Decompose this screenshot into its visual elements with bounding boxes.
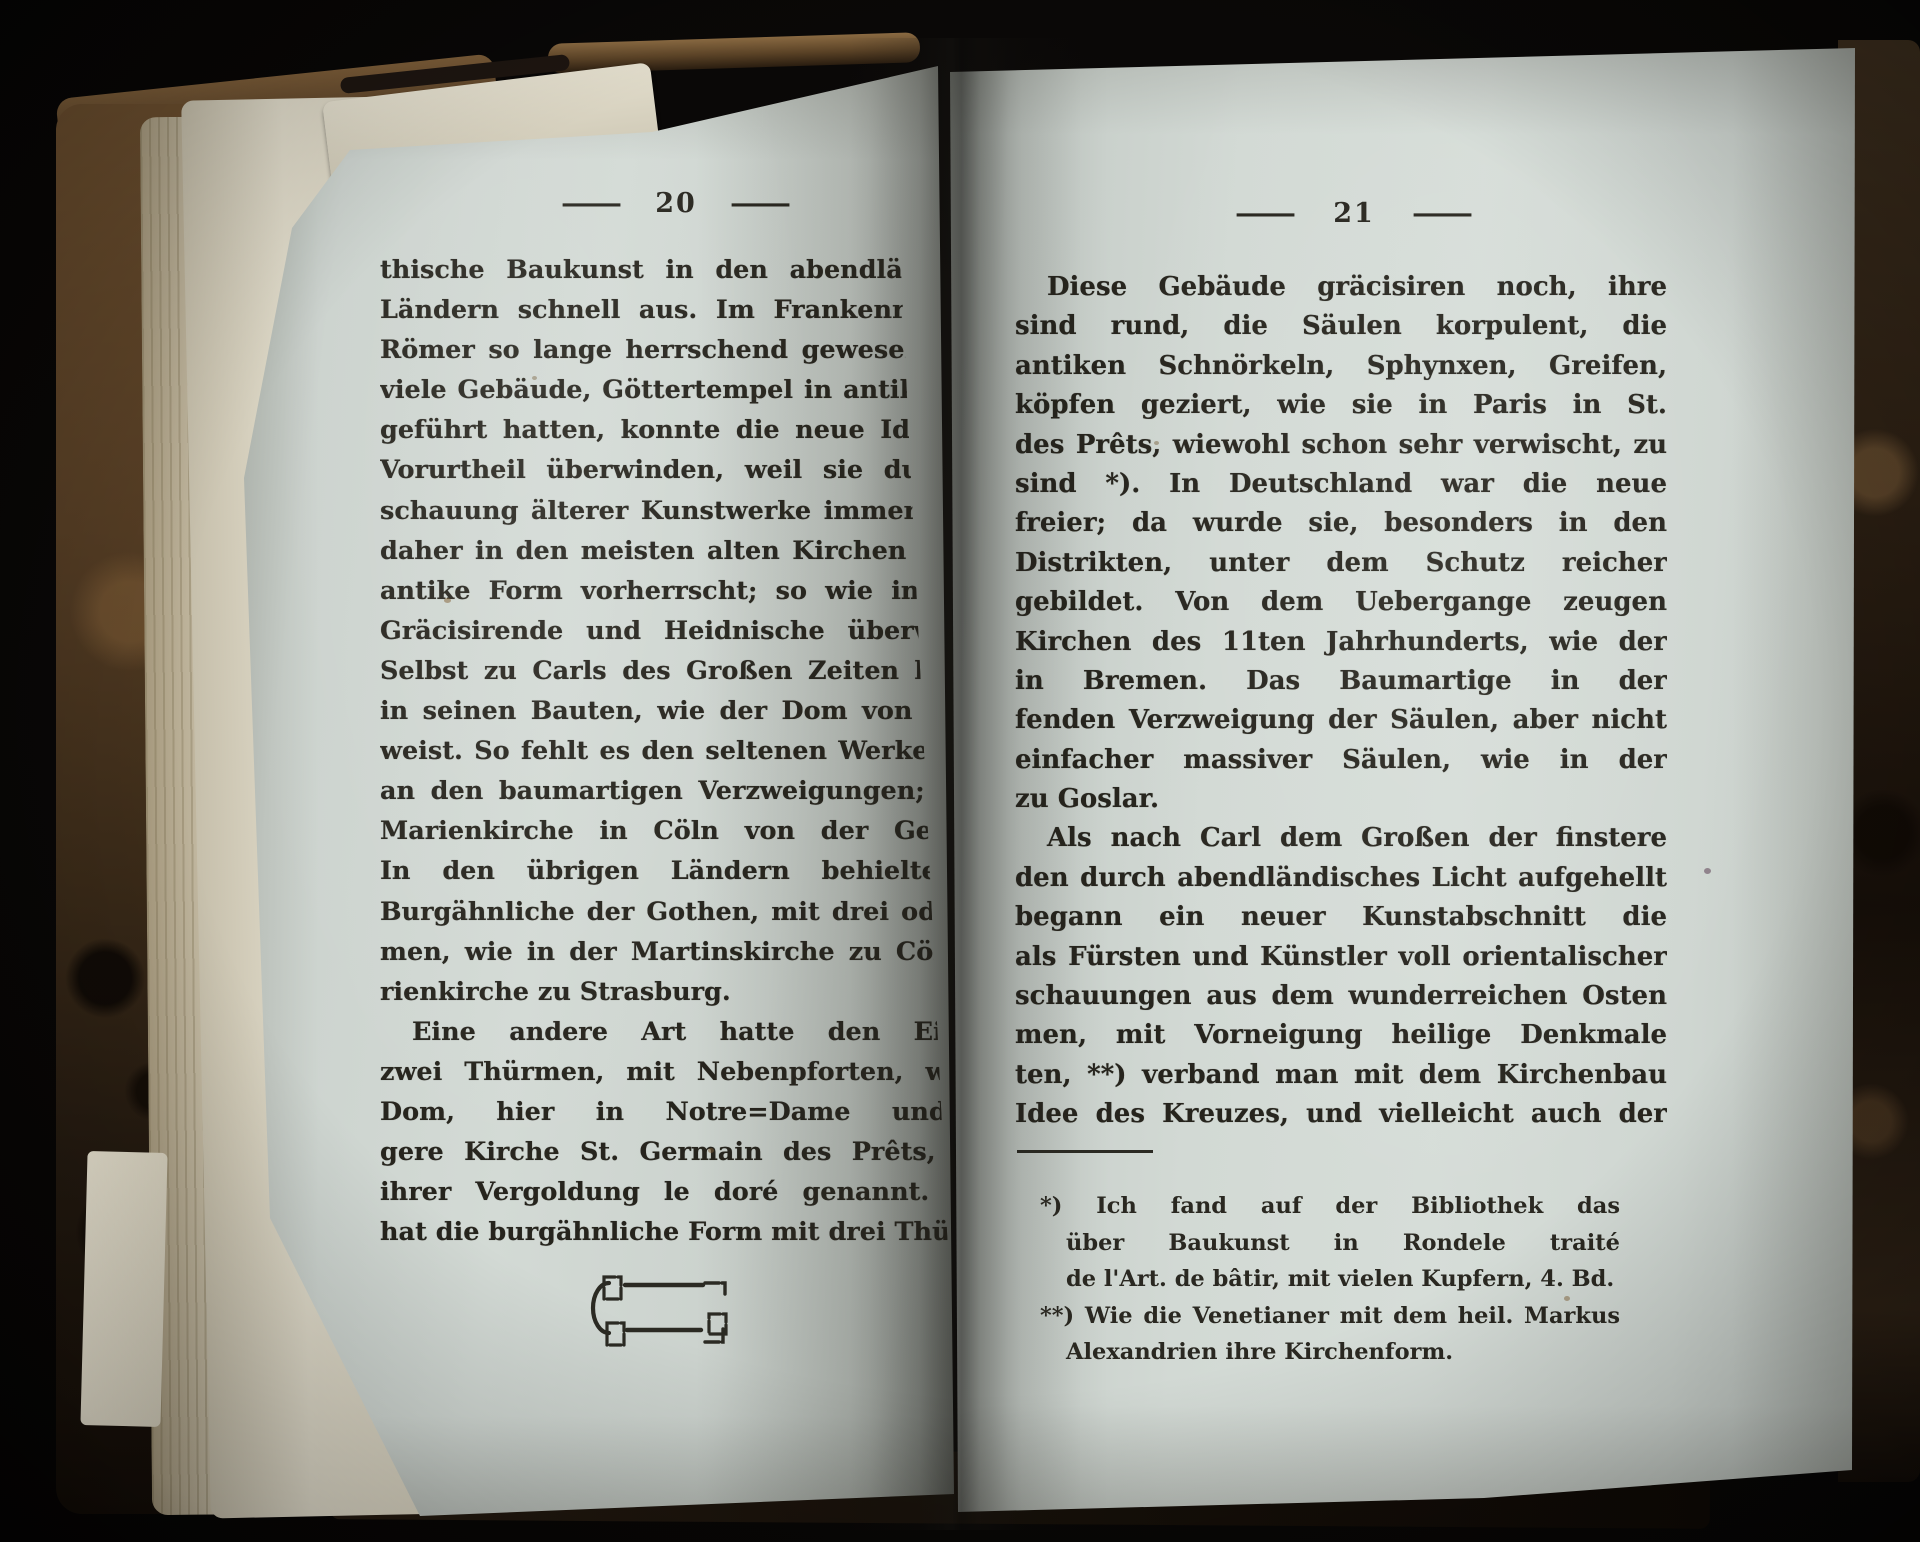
- text-line: sind *). In Deutschland war die neue Bau…: [1015, 465, 1667, 504]
- church-floorplan-diagram: [583, 1273, 738, 1353]
- footnote-line: Alexandrien ihre Kirchenform.: [1040, 1334, 1620, 1371]
- header-dash: —: [728, 190, 793, 217]
- text-line: zwei Thürmen, mit Nebenpforten, wie im C…: [380, 1052, 1032, 1092]
- text-line: geführt hatten, konnte die neue Idee nic…: [380, 410, 1032, 450]
- text-line: weist. So fehlt es den seltenen Werken j…: [380, 731, 1032, 771]
- text-line: Marienkirche in Cöln von der Gemahlin Pi…: [380, 811, 1032, 851]
- text-line: schauung älterer Kunstwerke immer gestör…: [380, 491, 1032, 531]
- right-page-text-block: Diese Gebäude gräcisiren noch, ihre Gewö…: [1015, 268, 1667, 1135]
- footnote-line: über Baukunst in Rondele traité theoreti…: [1040, 1225, 1620, 1262]
- text-line: an den baumartigen Verzweigungen; wie in…: [380, 771, 1032, 811]
- text-line: Römer so lange herrschend gewesen waren,…: [380, 330, 1032, 370]
- text-line: zu Goslar.: [1015, 780, 1667, 819]
- left-page-number: 20: [655, 188, 697, 219]
- text-line: Dom, hier in Notre=Dame und die merkwürd…: [380, 1092, 1032, 1132]
- text-line: antike Form vorherrscht; so wie in Itali…: [380, 571, 1032, 611]
- footnote-line: **) Wie die Venetianer mit dem heil. Mar…: [1040, 1298, 1620, 1335]
- text-line: einfacher massiver Säulen, wie in der Do…: [1015, 741, 1667, 780]
- right-page-header: — 21 —: [1252, 198, 1456, 229]
- text-line: Burgähnliche der Gothen, mit drei oder v…: [380, 892, 1032, 932]
- text-line: thische Baukunst in den abendländischen …: [380, 250, 1032, 290]
- text-line: hat die burgähnliche Form mit drei Thürm…: [380, 1212, 1032, 1252]
- text-line: Distrikten, unter dem Schutz reicher Bis…: [1015, 544, 1667, 583]
- book-photograph: — 20 — thische Baukunst in den abendländ…: [0, 0, 1920, 1542]
- text-line: Eine andere Art hatte den Eingang zwisch…: [380, 1012, 1032, 1052]
- text-line: men, mit Vorneigung heilige Denkmale fes…: [1015, 1016, 1667, 1055]
- text-line: freier; da wurde sie, besonders in den w…: [1015, 504, 1667, 543]
- text-line: viele Gebäude, Göttertempel in antiker F…: [380, 370, 1032, 410]
- text-line: den durch abendländisches Licht aufgehel…: [1015, 859, 1667, 898]
- text-line: Ländern schnell aus. Im Frankenreich, wo…: [380, 290, 1032, 330]
- text-line: schauungen aus dem wunderreichen Osten z…: [1015, 977, 1667, 1016]
- foxing-speck: [1704, 868, 1711, 874]
- text-line: in Bremen. Das Baumartige in der spitzzu…: [1015, 662, 1667, 701]
- text-line: men, wie in der Martinskirche zu Cöln, d…: [380, 932, 1032, 972]
- text-line: gere Kirche St. Germain des Prêts, sonst…: [380, 1132, 1032, 1172]
- text-line: köpfen geziert, wie sie in Paris in St. …: [1015, 386, 1667, 425]
- text-line: Vorurtheil überwinden, weil sie durch di…: [380, 450, 1032, 490]
- text-line: antiken Schnörkeln, Sphynxen, Greifen, L…: [1015, 347, 1667, 386]
- text-line: begann ein neuer Kunstabschnitt die hero…: [1015, 898, 1667, 937]
- right-page-number: 21: [1333, 198, 1375, 229]
- header-dash: —: [1233, 200, 1298, 227]
- text-line: rienkirche zu Strasburg.: [380, 972, 1032, 1012]
- left-page-text-block: thische Baukunst in den abendländischen …: [380, 250, 1040, 1252]
- text-line: In den übrigen Ländern behielten die Kir…: [380, 851, 1032, 891]
- text-line: ten, **) verband man mit dem Kirchenbau …: [1015, 1056, 1667, 1095]
- footnote-line: *) Ich fand auf der Bibliothek das gründ…: [1040, 1188, 1620, 1225]
- footnote-separator-rule: [1017, 1150, 1153, 1153]
- text-line: Kirchen des 11ten Jahrhunderts, wie der …: [1015, 623, 1667, 662]
- text-line: ihrer Vergoldung le doré genannt. Diese …: [380, 1172, 1032, 1212]
- text-line: fenden Verzweigung der Säulen, aber nich…: [1015, 701, 1667, 740]
- footnote-line: de l'Art. de bâtir, mit vielen Kupfern, …: [1040, 1261, 1620, 1298]
- header-dash: —: [559, 190, 624, 217]
- text-line: Gräcisirende und Heidnische überwiegend …: [380, 611, 1032, 651]
- text-line: Idee des Kreuzes, und vielleicht auch de…: [1015, 1095, 1667, 1134]
- text-line: Selbst zu Carls des Großen Zeiten blieb …: [380, 651, 1032, 691]
- text-line: als Fürsten und Künstler voll orientalis…: [1015, 938, 1667, 977]
- text-line: in seinen Bauten, wie der Dom von Aachen…: [380, 691, 1032, 731]
- text-line: Als nach Carl dem Großen der finstere No…: [1015, 819, 1667, 858]
- text-line: gebildet. Von dem Uebergange zeugen mehr…: [1015, 583, 1667, 622]
- left-page: — 20 — thische Baukunst in den abendländ…: [232, 58, 956, 1518]
- left-page-header: — 20 —: [578, 188, 774, 219]
- text-line: daher in den meisten alten Kirchen in Pa…: [380, 531, 1032, 571]
- protruding-page-tab: [80, 1151, 167, 1427]
- text-line: sind rund, die Säulen korpulent, die Kap…: [1015, 307, 1667, 346]
- text-line: des Prêts, wiewohl schon sehr verwischt,…: [1015, 426, 1667, 465]
- right-page: — 21 — Diese Gebäude gräcisiren noch, ih…: [944, 46, 1860, 1524]
- text-line: Diese Gebäude gräcisiren noch, ihre Gewö…: [1015, 268, 1667, 307]
- footnotes-block: *) Ich fand auf der Bibliothek das gründ…: [1040, 1188, 1620, 1371]
- header-dash: —: [1410, 200, 1475, 227]
